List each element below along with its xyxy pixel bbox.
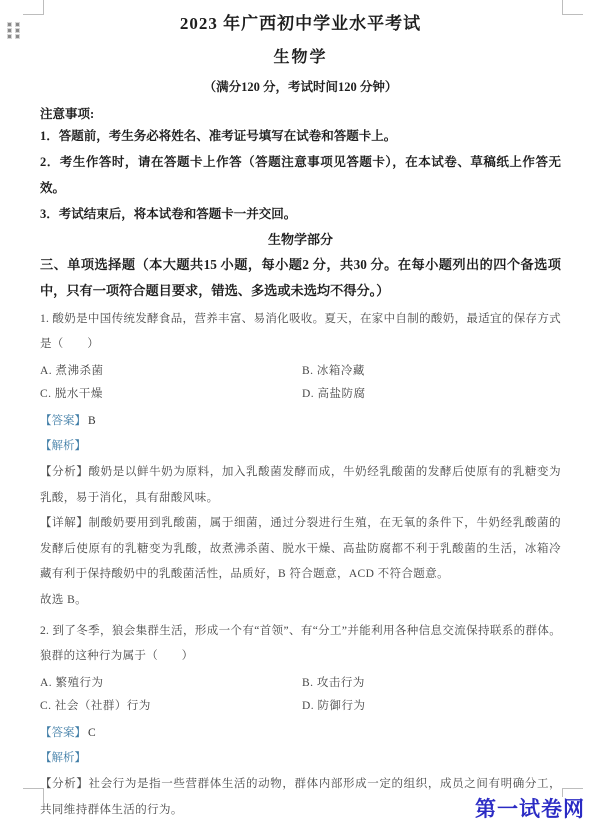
- question-2-options: A. 繁殖行为 B. 攻击行为 C. 社会（社群）行为 D. 防御行为: [40, 672, 561, 718]
- notice-item-2: 2．考生作答时，请在答题卡上作答（答题注意事项见答题卡），在本试卷、草稿纸上作答…: [40, 149, 561, 201]
- answer-tag: 【答案】: [40, 727, 86, 739]
- document-content: 2023 年广西初中学业水平考试 生物学 （满分120 分，考试时间120 分钟…: [0, 0, 599, 823]
- answer-tag: 【答案】: [40, 415, 86, 427]
- question-1-answer-line: 【答案】B: [40, 411, 561, 431]
- question-1-detail: 【详解】制酸奶要用到乳酸菌，属于细菌，通过分裂进行生殖，在无氧的条件下，牛奶经乳…: [40, 511, 561, 588]
- question-2-explain-tag: 【解析】: [40, 748, 561, 768]
- explain-tag: 【解析】: [40, 752, 86, 764]
- question-2-option-a: A. 繁殖行为: [40, 672, 302, 695]
- crop-mark-bottom-left: [23, 788, 44, 806]
- question-2-stem: 2. 到了冬季，狼会集群生活，形成一个有“首领”、有“分工”并能利用各种信息交流…: [40, 619, 561, 669]
- question-2-option-d: D. 防御行为: [302, 695, 561, 718]
- crop-mark-top-left: [23, 0, 44, 15]
- notice-heading: 注意事项:: [40, 105, 561, 123]
- exam-meta: （满分120 分，考试时间120 分钟）: [40, 79, 561, 95]
- question-2-option-c: C. 社会（社群）行为: [40, 695, 302, 718]
- watermark-link[interactable]: 第一试卷网: [471, 797, 585, 821]
- question-1-explain-tag: 【解析】: [40, 436, 561, 456]
- question-1-option-d: D. 高盐防腐: [302, 383, 561, 406]
- question-1-analysis: 【分析】酸奶是以鲜牛奶为原料，加入乳酸菌发酵而成，牛奶经乳酸菌的发酵后使原有的乳…: [40, 460, 561, 511]
- page-title: 2023 年广西初中学业水平考试: [40, 12, 561, 36]
- question-2-option-b: B. 攻击行为: [302, 672, 561, 695]
- answer-value: B: [88, 415, 96, 427]
- answer-value: C: [88, 727, 96, 739]
- question-1-options: A. 煮沸杀菌 B. 冰箱冷藏 C. 脱水干燥 D. 高盐防腐: [40, 360, 561, 406]
- notice-item-3: 3．考试结束后，将本试卷和答题卡一并交回。: [40, 201, 561, 227]
- document-page: 2023 年广西初中学业水平考试 生物学 （满分120 分，考试时间120 分钟…: [0, 0, 599, 829]
- question-1-option-b: B. 冰箱冷藏: [302, 360, 561, 383]
- subject-title: 生物学: [40, 48, 561, 68]
- drag-handle-icon[interactable]: [8, 23, 19, 38]
- crop-mark-top-right: [562, 0, 583, 15]
- part-heading: 生物学部分: [40, 230, 561, 250]
- notice-item-1: 1．答题前，考生务必将姓名、准考证号填写在试卷和答题卡上。: [40, 123, 561, 149]
- question-1-option-a: A. 煮沸杀菌: [40, 360, 302, 383]
- section-instructions: 三、单项选择题（本大题共15 小题，每小题2 分，共30 分。在每小题列出的四个…: [40, 252, 561, 304]
- question-1-option-c: C. 脱水干燥: [40, 383, 302, 406]
- question-2-answer-line: 【答案】C: [40, 723, 561, 743]
- explain-tag: 【解析】: [40, 440, 86, 452]
- question-1-stem: 1. 酸奶是中国传统发酵食品，营养丰富、易消化吸收。夏天，在家中自制的酸奶，最适…: [40, 307, 561, 357]
- question-1-conclusion: 故选 B。: [40, 588, 561, 614]
